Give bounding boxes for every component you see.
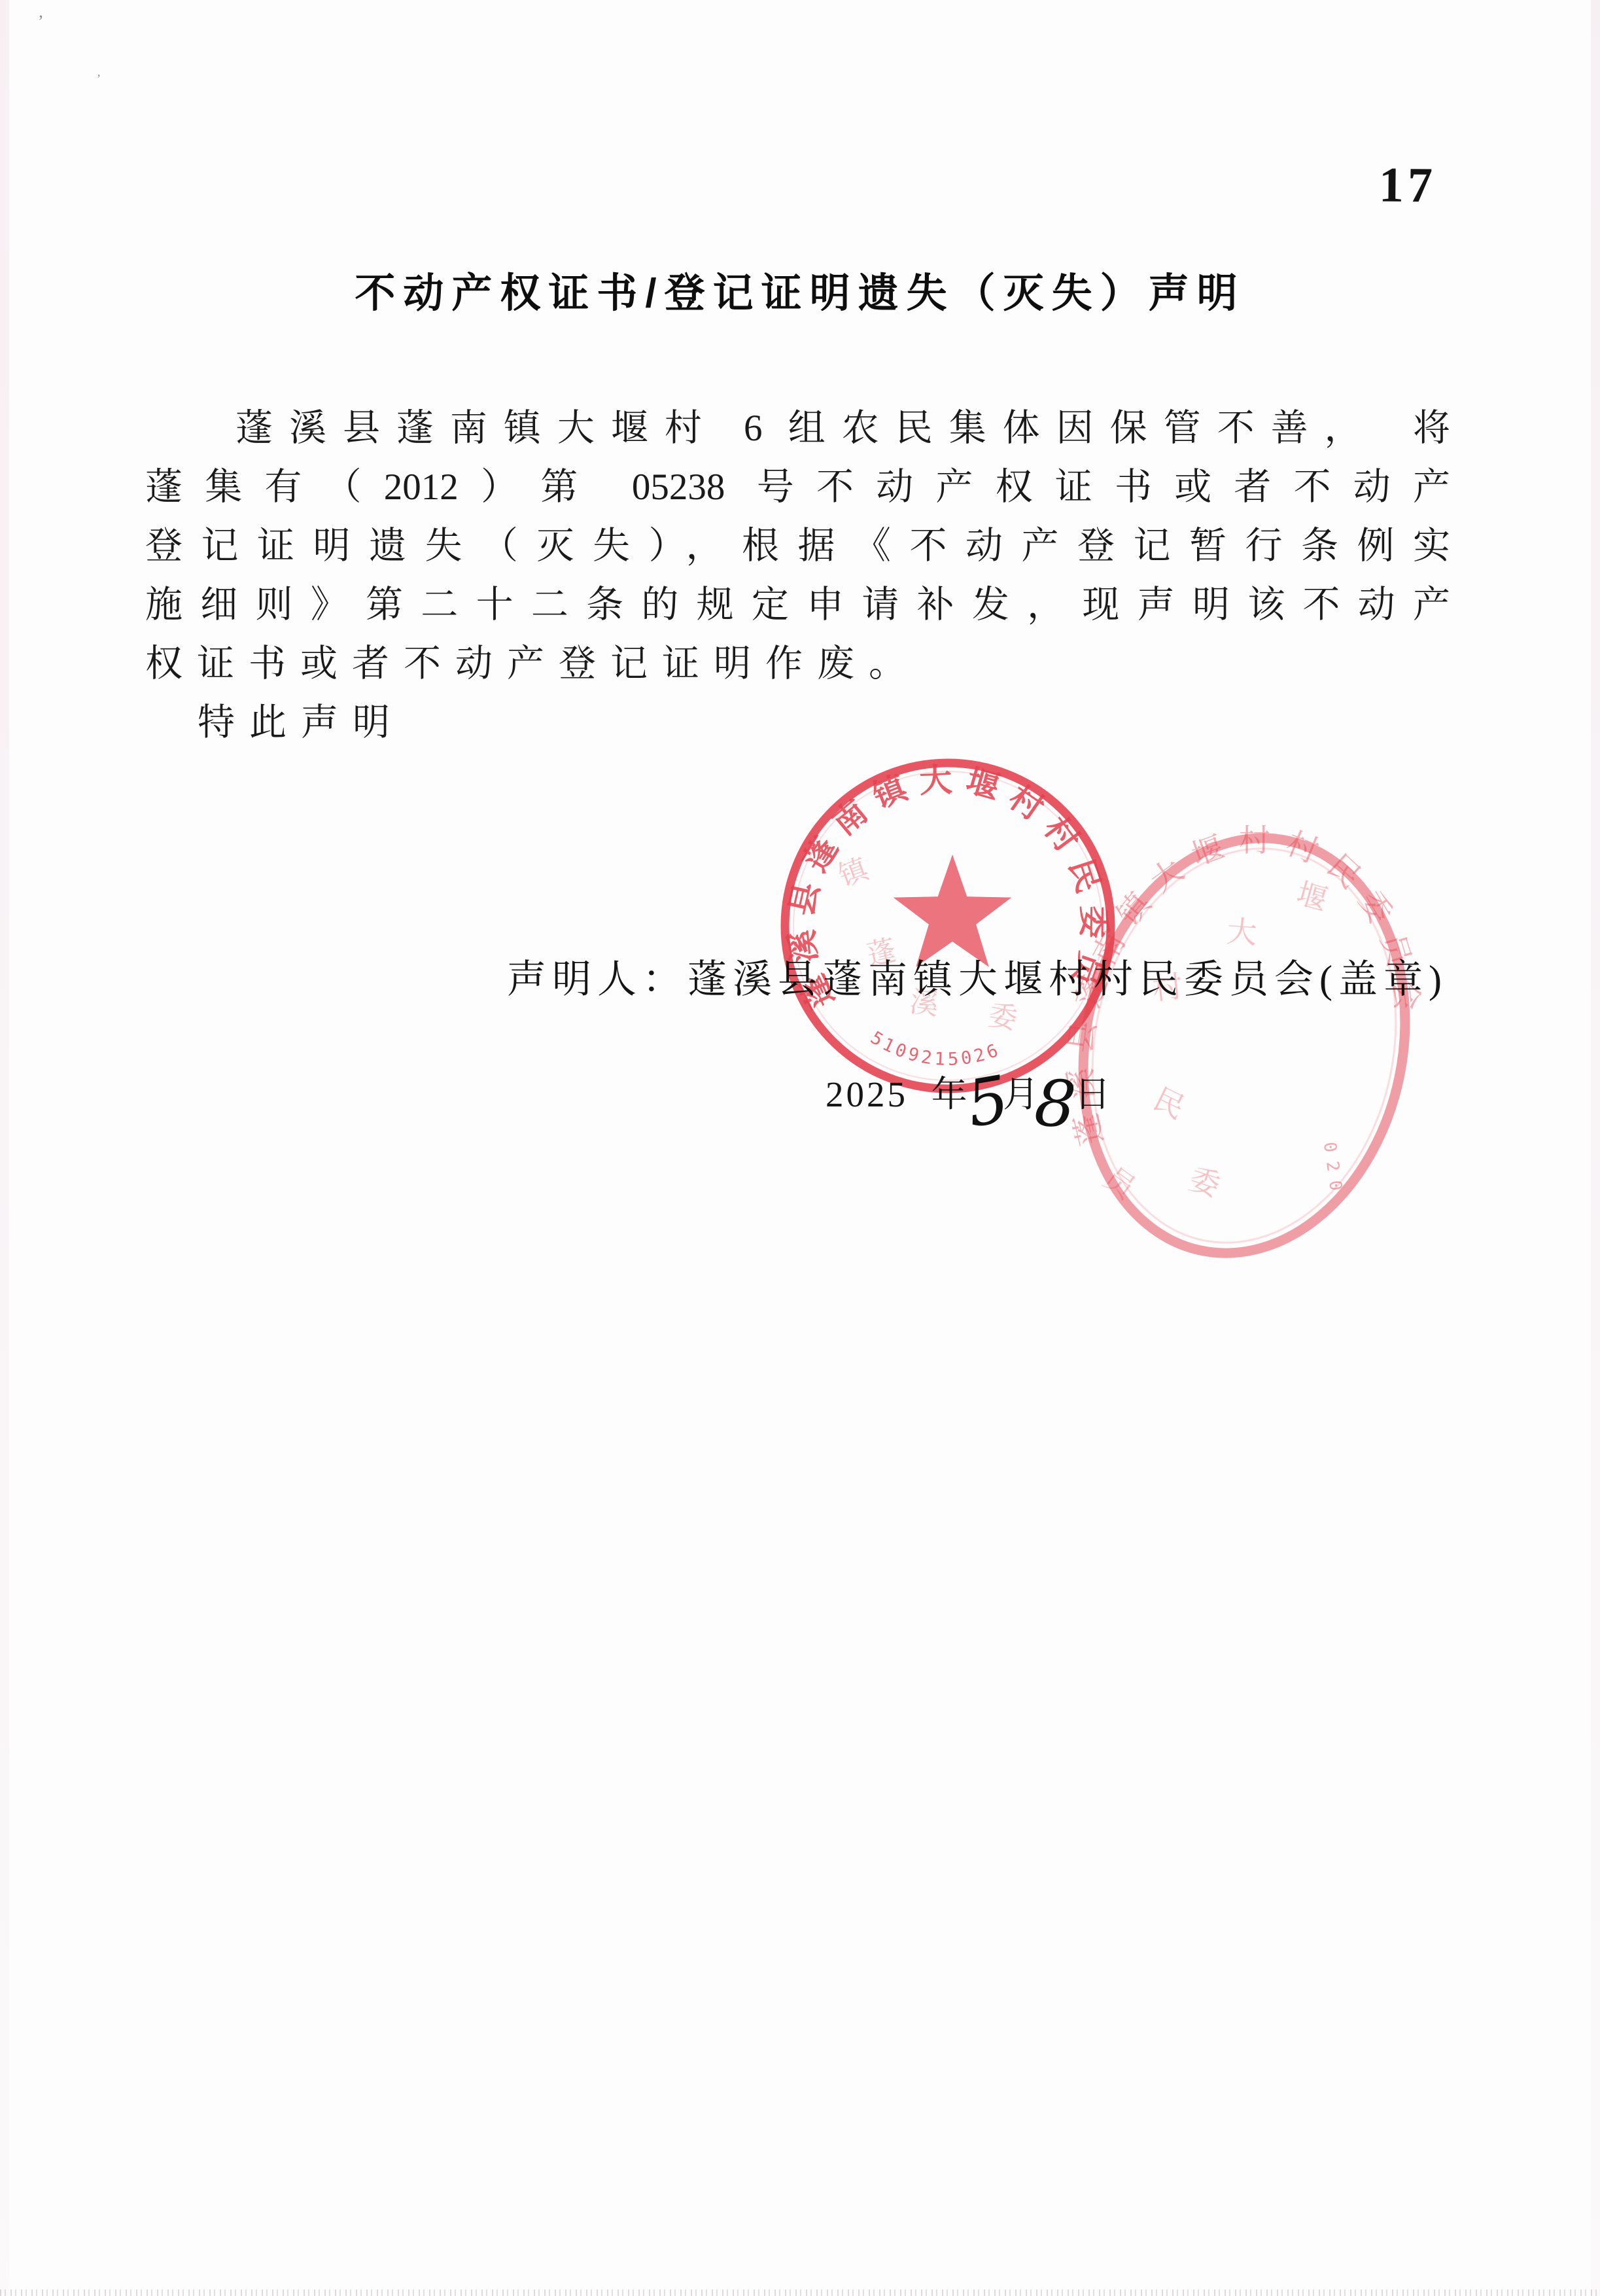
- page-number: 17: [1379, 157, 1445, 215]
- body-line: 蓬溪县蓬南镇大堰村 6 组农民集体因保管不善， 将: [145, 399, 1450, 458]
- official-seal-stamp: 蓬溪县蓬南镇大堰村村民委员会 5109215026 蓬 溪 镇 委: [782, 761, 1112, 1089]
- scan-speck: ’: [38, 12, 44, 31]
- svg-text:堰: 堰: [1293, 877, 1330, 917]
- scan-edge-tint: [0, 0, 9, 2296]
- body-line: 权证书或者不动产登记证明作废。: [145, 635, 1450, 694]
- body-line: 特此声明: [145, 694, 1450, 752]
- svg-text:大: 大: [1226, 915, 1258, 950]
- scanned-document-page: ’ ‚ 17 不动产权证书/登记证明遗失（灭失）声明 蓬溪县蓬南镇大堰村 6 组…: [0, 0, 1600, 2296]
- scan-speck: ‚: [97, 65, 101, 79]
- seal-ghost-digits: 020: [1319, 1140, 1347, 1201]
- secondary-seal-stamp: 蓬溪县蓬南镇大堰村村民委员会 020 村 民 委 员 大 堰: [1026, 788, 1459, 1286]
- date-line: 2025 年5月8日: [826, 1065, 1113, 1117]
- body-line: 蓬集有（2012）第 05238 号不动产权证书或者不动产: [145, 458, 1450, 517]
- document-title: 不动产权证书/登记证明遗失（灭失）声明: [0, 260, 1600, 319]
- svg-text:民: 民: [1148, 1082, 1190, 1125]
- svg-text:镇: 镇: [835, 852, 875, 892]
- body-line: 登记证明遗失（灭失），根据《不动产登记暂行条例实: [145, 517, 1450, 576]
- date-month-handwritten: 5: [965, 1086, 1013, 1119]
- declaration-body: 蓬溪县蓬南镇大堰村 6 组农民集体因保管不善， 将蓬集有（2012）第 0523…: [145, 399, 1450, 752]
- svg-text:委: 委: [1185, 1162, 1225, 1203]
- declarant-signature-line: 声明人：蓬溪县蓬南镇大堰村村民委员会(盖章): [507, 948, 1448, 1004]
- date-day-handwritten: 8: [1034, 1090, 1079, 1120]
- seal-code: 5109215026: [867, 1027, 1003, 1070]
- scan-bottom-noise: [0, 2289, 1600, 2296]
- svg-text:员: 员: [1098, 1161, 1143, 1207]
- date-year: 2025: [826, 1074, 908, 1115]
- scan-edge-tint: [1591, 0, 1600, 2296]
- body-line: 施细则》第二十二条的规定申请补发，现声明该不动产: [145, 576, 1450, 635]
